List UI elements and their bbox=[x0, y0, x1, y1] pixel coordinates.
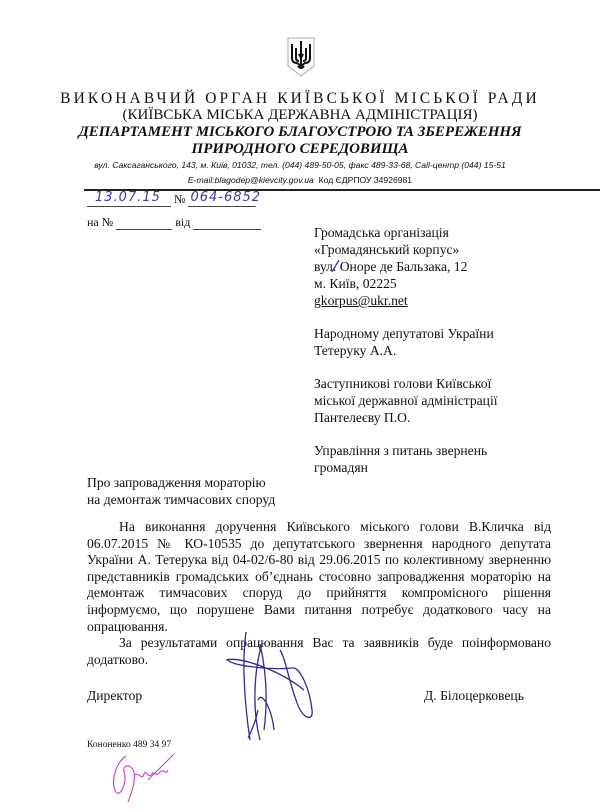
recipient-department: Управління з питань звернень громадян bbox=[314, 442, 498, 476]
outgoing-registration: 13.07.15 № 064-6852 bbox=[87, 192, 256, 207]
number-sign: № bbox=[174, 192, 185, 206]
subject-line: Про запровадження мораторію bbox=[87, 475, 266, 490]
outgoing-date-field: 13.07.15 bbox=[87, 192, 171, 207]
recipient-line: «Громадянський корпус» bbox=[314, 242, 459, 257]
org-address: вул. Саксаганського, 143, м. Київ, 01032… bbox=[0, 160, 600, 170]
org-title: ВИКОНАВЧИЙ ОРГАН КИЇВСЬКОЇ МІСЬКОЇ РАДИ bbox=[0, 90, 600, 108]
trident-emblem-icon bbox=[286, 36, 316, 78]
recipient-line: Тетеруку А.А. bbox=[314, 343, 396, 358]
outgoing-number-handwritten: 064-6852 bbox=[190, 190, 261, 205]
body-paragraph: На виконання доручення Київського місько… bbox=[87, 519, 551, 635]
subject-line: на демонтаж тимчасових споруд bbox=[87, 492, 275, 507]
outgoing-number-field: 064-6852 bbox=[188, 192, 256, 207]
org-subtitle: (КИЇВСЬКА МІСЬКА ДЕРЖАВНА АДМІНІСТРАЦІЯ) bbox=[0, 107, 600, 124]
recipient-line: міської державної адміністрації bbox=[314, 393, 498, 408]
letter-body: На виконання доручення Київського місько… bbox=[87, 519, 551, 668]
body-paragraph: За результатами опрацювання Вас та заявн… bbox=[87, 635, 551, 668]
signatory-name: Д. Білоцерковець bbox=[424, 688, 524, 704]
recipient-line: громадян bbox=[314, 460, 368, 475]
recipient-line: Пантелеєву П.О. bbox=[314, 410, 410, 425]
incoming-reference: на № від bbox=[87, 215, 261, 230]
recipient-line: м. Київ, 02225 bbox=[314, 276, 397, 291]
dept-title-line1: ДЕПАРТАМЕНТ МІСЬКОГО БЛАГОУСТРОЮ ТА ЗБЕР… bbox=[0, 124, 600, 141]
org-edrpou: Код ЄДРПОУ 34926981 bbox=[319, 175, 412, 185]
ref-number-label: на № bbox=[87, 215, 113, 229]
recipient-line: Громадська організація bbox=[314, 225, 449, 240]
ref-date-field bbox=[193, 215, 261, 230]
outgoing-date-handwritten: 13.07.15 bbox=[95, 190, 161, 205]
org-email: E-mail:blagodep@kievcity.gov.ua bbox=[188, 175, 314, 185]
recipient-deputy-head: Заступникові голови Київської міської де… bbox=[314, 375, 498, 426]
ref-number-field bbox=[116, 215, 172, 230]
recipient-deputy: Народному депутатові України Тетеруку А.… bbox=[314, 325, 498, 359]
recipient-email-link[interactable]: gkorpus@ukr.net bbox=[314, 293, 408, 308]
org-contact-line: E-mail:blagodep@kievcity.gov.ua Код ЄДРП… bbox=[0, 175, 600, 185]
recipient-line: вул. Оноре де Бальзака, 12 bbox=[314, 259, 467, 274]
dept-title-line2: ПРИРОДНОГО СЕРЕДОВИЩА bbox=[0, 141, 600, 158]
recipients-block: Громадська організація «Громадянський ко… bbox=[314, 224, 498, 492]
ref-date-label: від bbox=[175, 215, 190, 229]
letter-subject: Про запровадження мораторію на демонтаж … bbox=[87, 474, 275, 508]
letterhead-divider bbox=[84, 189, 600, 191]
signatory-title: Директор bbox=[87, 688, 142, 704]
recipient-line: Заступникові голови Київської bbox=[314, 376, 491, 391]
executor-signature-icon bbox=[108, 752, 178, 812]
recipient-line: Народному депутатові України bbox=[314, 326, 494, 341]
executor-contact: Кононенко 489 34 97 bbox=[87, 740, 171, 750]
recipient-line: Управління з питань звернень bbox=[314, 443, 487, 458]
recipient-ngo: Громадська організація «Громадянський ко… bbox=[314, 224, 498, 309]
